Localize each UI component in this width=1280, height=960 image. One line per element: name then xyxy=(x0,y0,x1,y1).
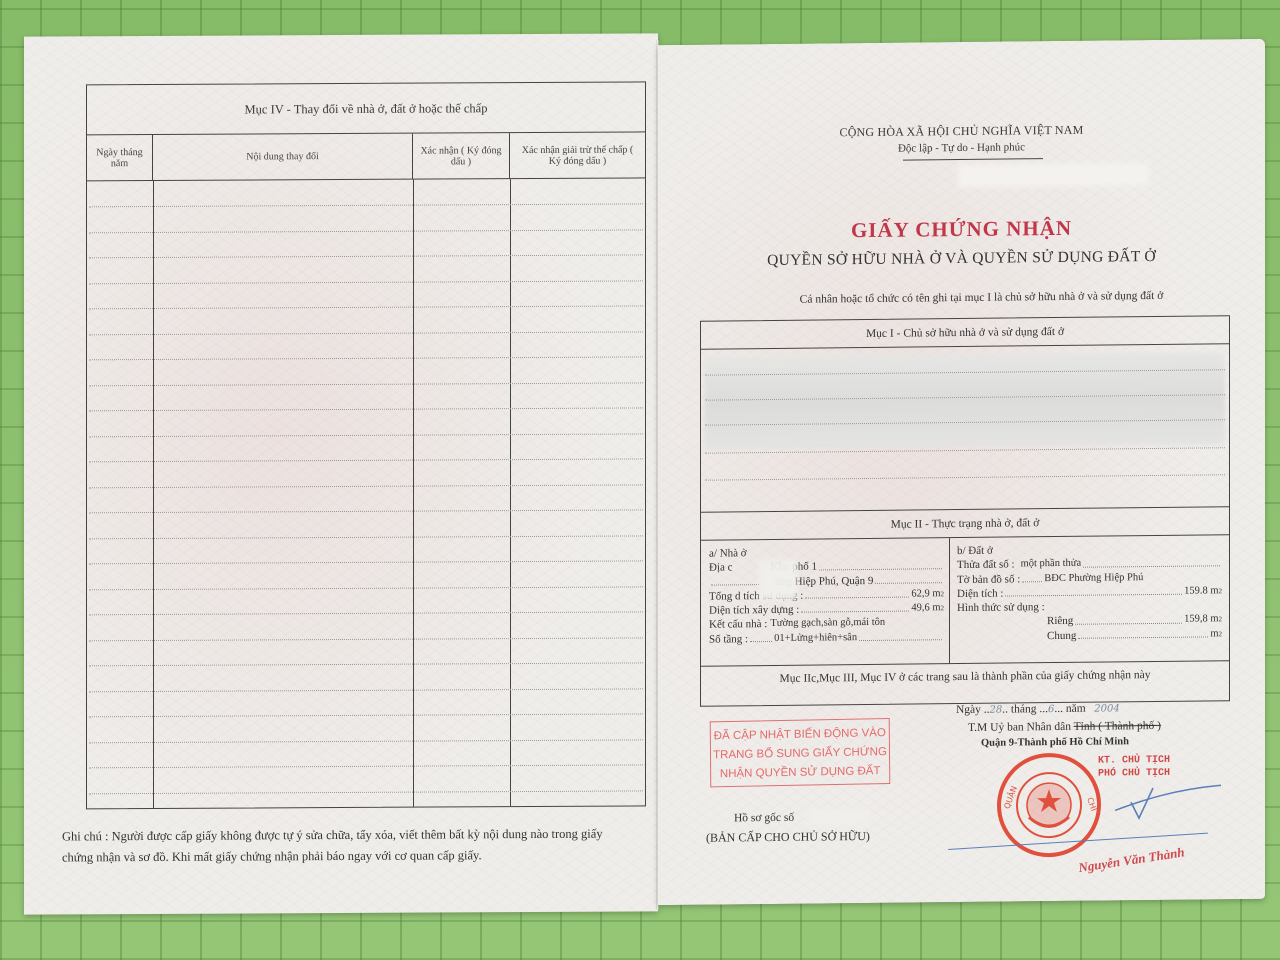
col-date: Ngày tháng năm xyxy=(87,135,153,180)
update-stamp: ĐÃ CẬP NHẬT BIẾN ĐỘNG VÀO TRANG BỔ SUNG … xyxy=(710,718,891,787)
ruling-line xyxy=(89,764,643,768)
ruling-line xyxy=(89,739,643,743)
col-confirmation: Xác nhận ( Ký đóng dấu ) xyxy=(413,133,510,179)
land-info: b/ Đất ở Thửa đất số : một phần thửa Tờ … xyxy=(957,541,1222,644)
ruling-line xyxy=(89,535,643,539)
ruling-line xyxy=(89,203,643,207)
ruling-line xyxy=(89,331,643,335)
section-ii: Mục II - Thực trạng nhà ở, đất ở a/ Nhà … xyxy=(701,506,1229,693)
ruling-line xyxy=(89,458,643,462)
ruling-line xyxy=(89,356,643,360)
ruling-line xyxy=(89,433,643,437)
certificate-main-table: Mục I - Chủ sở hữu nhà ở và sử dụng đất … xyxy=(700,315,1230,707)
redacted-record-number xyxy=(808,809,868,826)
record-number-label: Hồ sơ gốc số xyxy=(734,812,794,825)
ruling-line xyxy=(89,560,643,564)
section-iv-table: Mục IV - Thay đổi về nhà ở, đất ở hoặc t… xyxy=(86,81,646,809)
certificate-subtitle: QUYỀN SỞ HỮU NHÀ Ở VÀ QUYỀN SỬ DỤNG ĐẤT … xyxy=(658,247,1265,271)
certificate-front-page: CỘNG HÒA XÃ HỘI CHỦ NGHĨA VIỆT NAM Độc l… xyxy=(658,39,1265,905)
ruling-line xyxy=(89,382,643,386)
ruling-line xyxy=(89,484,643,488)
ruling-line xyxy=(89,254,643,258)
column-divider xyxy=(510,179,511,806)
usage-note: Ghi chú : Người được cấp giấy không được… xyxy=(62,823,632,868)
house-info: a/ Nhà ở Địa c Khu phố 1 ờng Hiệp Phú, Q… xyxy=(709,544,944,647)
issue-date: Ngày ..28.. tháng ...6... năm 2004 xyxy=(956,702,1120,716)
ruling-line xyxy=(89,305,643,309)
section-iv-title: Mục IV - Thay đổi về nhà ở, đất ở hoặc t… xyxy=(87,82,645,135)
ruling-line xyxy=(89,790,643,794)
ruling-line xyxy=(89,662,643,666)
ruling-line xyxy=(705,474,1225,480)
section-iv-body xyxy=(87,178,645,808)
col-change-content: Nội dung thay đổi xyxy=(153,134,413,180)
redacted-address xyxy=(759,560,797,600)
ruling-line xyxy=(89,688,643,692)
signature-icon xyxy=(1113,779,1223,820)
section-i-owner-info xyxy=(701,344,1229,512)
ruling-line xyxy=(89,407,643,411)
col-mortgage-release: Xác nhận giải trừ thế chấp ( Ký đóng dấu… xyxy=(510,132,645,178)
section-iv-header-row: Ngày tháng năm Nội dung thay đổi Xác nhậ… xyxy=(87,132,645,181)
ruling-line xyxy=(89,586,643,590)
ruling-line xyxy=(89,229,643,233)
signer-role: KT. CHỦ TỊCH PHÓ CHỦ TỊCH xyxy=(1098,754,1170,781)
issuing-district: Quận 9-Thành phố Hồ Chí Minh xyxy=(981,736,1129,749)
ruling-line xyxy=(89,280,643,284)
redacted-owner-info xyxy=(705,352,1225,449)
section-ii-body: a/ Nhà ở Địa c Khu phố 1 ờng Hiệp Phú, Q… xyxy=(701,535,1229,667)
issuing-authority: T.M Uỷ ban Nhân dân Tỉnh ( Thành phố ) xyxy=(968,720,1161,734)
ruling-line xyxy=(89,509,643,513)
ruling-line xyxy=(89,611,643,615)
redacted-serial xyxy=(958,163,1148,187)
appendix-note: Mục IIc,Mục III, Mục IV ở các trang sau … xyxy=(701,661,1229,693)
land-shared-area: Chung m2 xyxy=(957,627,1222,644)
national-motto: Độc lập - Tự do - Hạnh phúc xyxy=(658,139,1265,157)
ruling-line xyxy=(89,713,643,717)
certificate-title: GIẤY CHỨNG NHẬN xyxy=(658,214,1265,245)
ruling-line xyxy=(89,637,643,641)
house-floors: Số tầng : 01+Lửng+hiên+sân xyxy=(709,630,944,647)
certificate-back-page: Mục IV - Thay đổi về nhà ở, đất ở hoặc t… xyxy=(24,33,658,914)
copy-recipient: (BẢN CẤP CHO CHỦ SỞ HỮU) xyxy=(706,829,870,846)
certificate-description: Cá nhân hoặc tổ chức có tên ghi tại mục … xyxy=(698,289,1265,307)
column-divider xyxy=(153,181,154,808)
column-divider xyxy=(949,538,950,663)
column-divider xyxy=(413,180,414,807)
motto-underline xyxy=(903,158,1043,160)
